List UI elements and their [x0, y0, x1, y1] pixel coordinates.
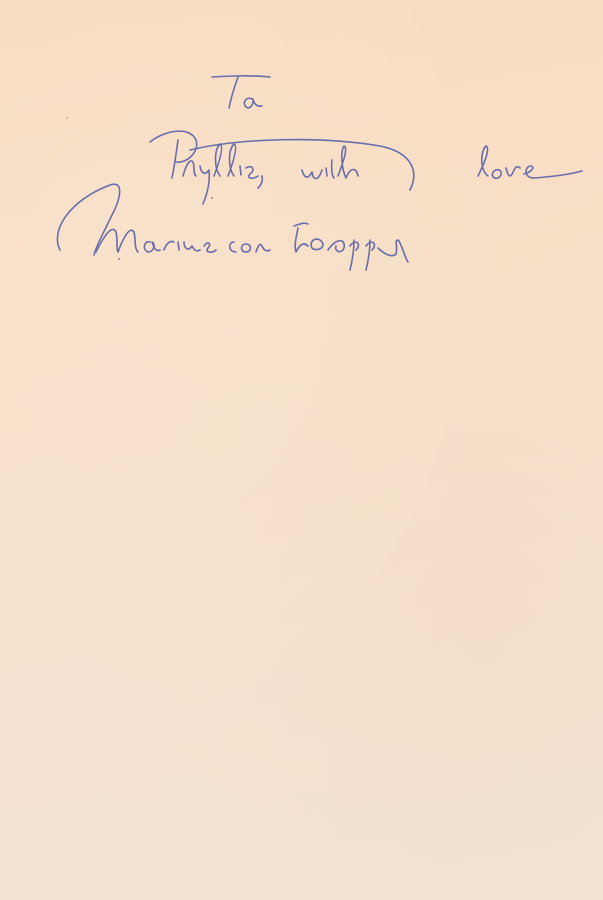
paper-speck — [66, 117, 68, 119]
ink-speck — [118, 258, 120, 260]
book-page: To Phyllis, with love Maria von Trapp — [0, 0, 603, 900]
handwriting-signature — [57, 184, 408, 270]
handwritten-inscription — [0, 0, 603, 900]
ink-speck — [211, 197, 213, 199]
handwriting-phyllis-with-love — [150, 131, 582, 204]
handwriting-to — [212, 76, 270, 108]
